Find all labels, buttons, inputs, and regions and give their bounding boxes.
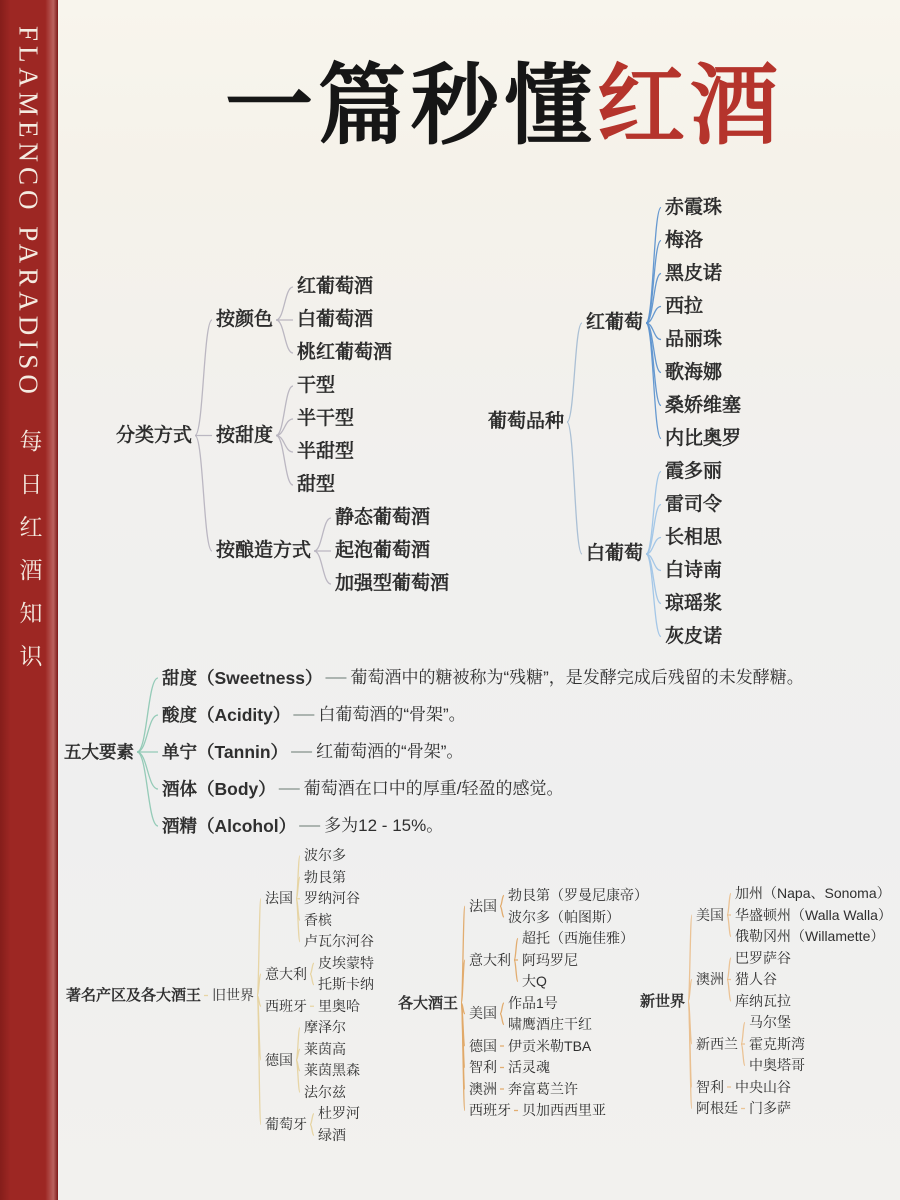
tree-branch: 按甜度干型半干型半甜型甜型 xyxy=(216,374,449,497)
tree-branch: 西班牙里奥哈 xyxy=(265,997,374,1016)
tree-leaf-label: 葡萄酒中的糖被称为“残糖”，是发酵完成后残留的未发酵糖。 xyxy=(350,665,803,691)
tree-leaf-label: 半甜型 xyxy=(297,440,354,464)
tree-branch: 美国加州（Napa、Sonoma）华盛顿州（Walla Walla）俄勒冈州（W… xyxy=(696,884,892,946)
tree-node-label: 阿根廷 xyxy=(696,1099,738,1118)
tree-branch: 华盛顿州（Walla Walla） xyxy=(735,906,892,925)
tree-branch: 多为12 - 15%。 xyxy=(324,813,443,839)
tree-node-label: 酸度（Acidity） xyxy=(162,702,290,728)
tree-branch: 伊贡米勒TBA xyxy=(508,1037,591,1056)
tree-leaf-label: 巴罗萨谷 xyxy=(735,949,791,968)
old-world-regions-tree: 著名产区及各大酒王旧世界法国波尔多勃艮第罗纳河谷香槟卢瓦尔河谷意大利皮埃蒙特托斯… xyxy=(66,846,374,1145)
grape-variety-tree: 葡萄品种红葡萄赤霞珠梅洛黑皮诺西拉品丽珠歌海娜桑娇维塞内比奥罗白葡萄霞多丽雷司令… xyxy=(488,194,741,650)
tree-node-label: 酒精（Alcohol） xyxy=(162,813,296,839)
tree-branch: 德国摩泽尔莱茵高莱茵黑森法尔兹 xyxy=(265,1018,374,1102)
tree-branch: 酒体（Body）葡萄酒在口中的厚重/轻盈的感觉。 xyxy=(162,776,804,802)
brand-name-latin: FLAMENCO PARADISO xyxy=(14,26,44,399)
tree-node-label: 葡萄品种 xyxy=(488,410,564,434)
tree-leaf-label: 加州（Napa、Sonoma） xyxy=(735,884,891,903)
tree-leaf-label: 中央山谷 xyxy=(735,1078,791,1097)
tree-leaf-label: 甜型 xyxy=(297,473,335,497)
tree-branch: 大Q xyxy=(522,972,634,991)
tree-leaf-label: 杜罗河 xyxy=(318,1104,360,1123)
tree-node-label: 白葡萄 xyxy=(586,542,643,566)
tree-leaf-label: 门多萨 xyxy=(749,1099,791,1118)
tree-leaf-label: 大Q xyxy=(522,972,547,991)
tree-branch: 桑娇维塞 xyxy=(665,394,741,418)
tree-node-label: 法国 xyxy=(469,897,497,916)
tree-branch: 西班牙贝加西西里亚 xyxy=(469,1101,648,1120)
tree-leaf-label: 起泡葡萄酒 xyxy=(335,539,430,563)
tree-leaf-label: 西拉 xyxy=(665,295,703,319)
tree-leaf-label: 库纳瓦拉 xyxy=(735,992,791,1011)
tree-node-label: 智利 xyxy=(696,1078,724,1097)
tree-branch: 澳洲奔富葛兰许 xyxy=(469,1080,648,1099)
tree-branch: 长相思 xyxy=(665,526,722,550)
tree-branch: 杜罗河 xyxy=(318,1104,360,1123)
tree-leaf-label: 长相思 xyxy=(665,526,722,550)
tree-leaf-label: 霞多丽 xyxy=(665,460,722,484)
tree-node-label: 按酿造方式 xyxy=(216,539,311,563)
tree-branch: 酒精（Alcohol）多为12 - 15%。 xyxy=(162,813,804,839)
tree-leaf-label: 白诗南 xyxy=(665,559,722,583)
tree-leaf-label: 绿酒 xyxy=(318,1126,346,1145)
tree-leaf-label: 波尔多 xyxy=(304,846,346,865)
tree-branch: 新西兰马尔堡霍克斯湾中奥塔哥 xyxy=(696,1013,892,1075)
five-elements-tree: 五大要素甜度（Sweetness）葡萄酒中的糖被称为“残糖”，是发酵完成后残留的… xyxy=(64,665,804,839)
tree-leaf-label: 莱茵黑森 xyxy=(304,1061,360,1080)
tree-branch: 白葡萄酒 xyxy=(297,308,392,332)
tree-leaf-label: 卢瓦尔河谷 xyxy=(304,932,374,951)
tree-leaf-label: 红葡萄酒 xyxy=(297,275,373,299)
tree-branch: 梅洛 xyxy=(665,229,741,253)
tree-leaf-label: 霍克斯湾 xyxy=(749,1035,805,1054)
tree-branch: 甜型 xyxy=(297,473,354,497)
tree-leaf-label: 里奥哈 xyxy=(318,997,360,1016)
tree-leaf-label: 华盛顿州（Walla Walla） xyxy=(735,906,892,925)
tree-branch: 绿酒 xyxy=(318,1126,360,1145)
tree-branch: 意大利超托（西施佳雅）阿玛罗尼大Q xyxy=(469,929,648,991)
tree-branch: 法国波尔多勃艮第罗纳河谷香槟卢瓦尔河谷 xyxy=(265,846,374,951)
tree-leaf-label: 加强型葡萄酒 xyxy=(335,572,449,596)
tree-node-label: 意大利 xyxy=(469,951,511,970)
tree-branch: 卢瓦尔河谷 xyxy=(304,932,374,951)
tree-leaf-label: 罗纳河谷 xyxy=(304,889,360,908)
tree-branch: 加强型葡萄酒 xyxy=(335,572,449,596)
tree-leaf-label: 多为12 - 15%。 xyxy=(324,813,443,839)
tree-branch: 赤霞珠 xyxy=(665,196,741,220)
tree-leaf-label: 雷司令 xyxy=(665,493,722,517)
tree-branch: 澳洲巴罗萨谷猎人谷库纳瓦拉 xyxy=(696,949,892,1011)
tree-branch: 桃红葡萄酒 xyxy=(297,341,392,365)
tree-node-label: 著名产区及各大酒王 xyxy=(66,986,201,1005)
tree-leaf-label: 桃红葡萄酒 xyxy=(297,341,392,365)
tree-branch: 莱茵高 xyxy=(304,1040,360,1059)
tree-branch: 库纳瓦拉 xyxy=(735,992,791,1011)
tree-branch: 琼瑶浆 xyxy=(665,592,722,616)
tree-branch: 意大利皮埃蒙特托斯卡纳 xyxy=(265,954,374,995)
tree-leaf-label: 静态葡萄酒 xyxy=(335,506,430,530)
tree-leaf-label: 马尔堡 xyxy=(749,1013,791,1032)
tree-node-label: 葡萄牙 xyxy=(265,1115,307,1134)
tree-node-label: 美国 xyxy=(696,906,724,925)
tree-node-label: 按颜色 xyxy=(216,308,273,332)
tree-branch: 霍克斯湾 xyxy=(749,1035,805,1054)
tree-leaf-label: 猎人谷 xyxy=(735,970,777,989)
tree-branch: 著名产区及各大酒王旧世界法国波尔多勃艮第罗纳河谷香槟卢瓦尔河谷意大利皮埃蒙特托斯… xyxy=(66,846,374,1145)
tree-branch: 霞多丽 xyxy=(665,460,722,484)
tree-leaf-label: 梅洛 xyxy=(665,229,703,253)
tree-leaf-label: 波尔多（帕图斯） xyxy=(508,908,620,927)
brand-name-chinese: 每日红酒知识 xyxy=(17,429,42,687)
tree-node-label: 意大利 xyxy=(265,965,307,984)
page-title: 一篇秒懂红酒 xyxy=(58,36,900,162)
tree-branch: 歌海娜 xyxy=(665,361,741,385)
tree-node-label: 西班牙 xyxy=(469,1101,511,1120)
tree-branch: 按酿造方式静态葡萄酒起泡葡萄酒加强型葡萄酒 xyxy=(216,506,449,596)
tree-leaf-label: 香槟 xyxy=(304,911,332,930)
tree-leaf-label: 中奥塔哥 xyxy=(749,1056,805,1075)
tree-leaf-label: 皮埃蒙特 xyxy=(318,954,374,973)
tree-branch: 勃艮第（罗曼尼康帝） xyxy=(508,886,648,905)
tree-branch: 美国作品1号啸鹰酒庄干红 xyxy=(469,994,648,1035)
tree-leaf-label: 内比奥罗 xyxy=(665,427,741,451)
tree-leaf-label: 白葡萄酒 xyxy=(297,308,373,332)
tree-branch: 智利活灵魂 xyxy=(469,1058,648,1077)
tree-branch: 西拉 xyxy=(665,295,741,319)
tree-leaf-label: 琼瑶浆 xyxy=(665,592,722,616)
tree-leaf-label: 勃艮第 xyxy=(304,868,346,887)
tree-branch: 奔富葛兰许 xyxy=(508,1080,578,1099)
tree-branch: 半甜型 xyxy=(297,440,354,464)
tree-branch: 超托（西施佳雅） xyxy=(522,929,634,948)
tree-leaf-label: 贝加西西里亚 xyxy=(522,1101,606,1120)
tree-branch: 作品1号 xyxy=(508,994,592,1013)
tree-branch: 内比奥罗 xyxy=(665,427,741,451)
tree-branch: 新世界美国加州（Napa、Sonoma）华盛顿州（Walla Walla）俄勒冈… xyxy=(640,884,892,1118)
tree-branch: 白葡萄酒的“骨架”。 xyxy=(318,702,465,728)
tree-leaf-label: 桑娇维塞 xyxy=(665,394,741,418)
tree-branch: 酸度（Acidity）白葡萄酒的“骨架”。 xyxy=(162,702,804,728)
tree-branch: 贝加西西里亚 xyxy=(522,1101,606,1120)
tree-branch: 阿玛罗尼 xyxy=(522,951,634,970)
tree-leaf-label: 半干型 xyxy=(297,407,354,431)
tree-leaf-label: 啸鹰酒庄干红 xyxy=(508,1015,592,1034)
tree-branch: 波尔多 xyxy=(304,846,374,865)
tree-leaf-label: 葡萄酒在口中的厚重/轻盈的感觉。 xyxy=(304,776,564,802)
infographic-canvas: FLAMENCO PARADISO每日红酒知识 一篇秒懂红酒 分类方式按颜色红葡… xyxy=(0,0,900,1200)
tree-branch: 起泡葡萄酒 xyxy=(335,539,449,563)
tree-branch: 巴罗萨谷 xyxy=(735,949,791,968)
tree-node-label: 单宁（Tannin） xyxy=(162,739,288,765)
tree-branch: 猎人谷 xyxy=(735,970,791,989)
tree-leaf-label: 莱茵高 xyxy=(304,1040,346,1059)
tree-node-label: 澳洲 xyxy=(696,970,724,989)
tree-node-label: 红葡萄 xyxy=(586,311,643,335)
tree-branch: 灰皮诺 xyxy=(665,625,722,649)
tree-leaf-label: 活灵魂 xyxy=(508,1058,550,1077)
tree-branch: 中奥塔哥 xyxy=(749,1056,805,1075)
tree-node-label: 智利 xyxy=(469,1058,497,1077)
tree-branch: 香槟 xyxy=(304,911,374,930)
tree-branch: 五大要素甜度（Sweetness）葡萄酒中的糖被称为“残糖”，是发酵完成后残留的… xyxy=(64,665,804,839)
tree-node-label: 新世界 xyxy=(640,992,685,1011)
tree-branch: 红葡萄赤霞珠梅洛黑皮诺西拉品丽珠歌海娜桑娇维塞内比奥罗 xyxy=(586,196,741,451)
tree-branch: 葡萄品种红葡萄赤霞珠梅洛黑皮诺西拉品丽珠歌海娜桑娇维塞内比奥罗白葡萄霞多丽雷司令… xyxy=(488,196,741,649)
tree-node-label: 按甜度 xyxy=(216,424,273,448)
brand-sidebar: FLAMENCO PARADISO每日红酒知识 xyxy=(0,0,58,1200)
tree-branch: 半干型 xyxy=(297,407,354,431)
tree-branch: 品丽珠 xyxy=(665,328,741,352)
tree-branch: 红葡萄酒 xyxy=(297,275,392,299)
tree-leaf-label: 干型 xyxy=(297,374,335,398)
classification-tree: 分类方式按颜色红葡萄酒白葡萄酒桃红葡萄酒按甜度干型半干型半甜型甜型按酿造方式静态… xyxy=(116,275,449,596)
tree-branch: 法尔兹 xyxy=(304,1083,360,1102)
tree-branch: 莱茵黑森 xyxy=(304,1061,360,1080)
tree-branch: 各大酒王法国勃艮第（罗曼尼康帝）波尔多（帕图斯）意大利超托（西施佳雅）阿玛罗尼大… xyxy=(398,886,648,1120)
tree-leaf-label: 超托（西施佳雅） xyxy=(522,929,634,948)
tree-branch: 旧世界法国波尔多勃艮第罗纳河谷香槟卢瓦尔河谷意大利皮埃蒙特托斯卡纳西班牙里奥哈德… xyxy=(212,846,374,1145)
tree-leaf-label: 灰皮诺 xyxy=(665,625,722,649)
tree-branch: 分类方式按颜色红葡萄酒白葡萄酒桃红葡萄酒按甜度干型半干型半甜型甜型按酿造方式静态… xyxy=(116,275,449,596)
tree-leaf-label: 赤霞珠 xyxy=(665,196,722,220)
new-world-regions-tree: 新世界美国加州（Napa、Sonoma）华盛顿州（Walla Walla）俄勒冈… xyxy=(640,884,892,1118)
tree-node-label: 美国 xyxy=(469,1004,497,1023)
tree-node-label: 德国 xyxy=(469,1037,497,1056)
tree-branch: 俄勒冈州（Willamette） xyxy=(735,927,892,946)
tree-leaf-label: 摩泽尔 xyxy=(304,1018,346,1037)
tree-branch: 静态葡萄酒 xyxy=(335,506,449,530)
tree-branch: 勃艮第 xyxy=(304,868,374,887)
tree-node-label: 新西兰 xyxy=(696,1035,738,1054)
tree-branch: 葡萄牙杜罗河绿酒 xyxy=(265,1104,374,1145)
tree-branch: 马尔堡 xyxy=(749,1013,805,1032)
page-title-red: 红酒 xyxy=(597,56,783,155)
tree-branch: 智利中央山谷 xyxy=(696,1078,892,1097)
tree-branch: 按颜色红葡萄酒白葡萄酒桃红葡萄酒 xyxy=(216,275,449,365)
page-title-black: 一篇秒懂 xyxy=(225,56,597,155)
tree-node-label: 旧世界 xyxy=(212,986,254,1005)
tree-branch: 加州（Napa、Sonoma） xyxy=(735,884,892,903)
tree-leaf-label: 作品1号 xyxy=(508,994,558,1013)
tree-leaf-label: 托斯卡纳 xyxy=(318,975,374,994)
tree-branch: 门多萨 xyxy=(749,1099,791,1118)
tree-node-label: 法国 xyxy=(265,889,293,908)
tree-leaf-label: 黑皮诺 xyxy=(665,262,722,286)
tree-leaf-label: 伊贡米勒TBA xyxy=(508,1037,591,1056)
tree-branch: 黑皮诺 xyxy=(665,262,741,286)
tree-branch: 托斯卡纳 xyxy=(318,975,374,994)
tree-branch: 葡萄酒在口中的厚重/轻盈的感觉。 xyxy=(304,776,564,802)
tree-branch: 法国勃艮第（罗曼尼康帝）波尔多（帕图斯） xyxy=(469,886,648,927)
tree-branch: 德国伊贡米勒TBA xyxy=(469,1037,648,1056)
tree-branch: 红葡萄酒的“骨架”。 xyxy=(316,739,463,765)
tree-branch: 皮埃蒙特 xyxy=(318,954,374,973)
tree-branch: 干型 xyxy=(297,374,354,398)
tree-leaf-label: 勃艮第（罗曼尼康帝） xyxy=(508,886,648,905)
tree-branch: 雷司令 xyxy=(665,493,722,517)
tree-node-label: 各大酒王 xyxy=(398,994,458,1013)
tree-leaf-label: 歌海娜 xyxy=(665,361,722,385)
tree-branch: 活灵魂 xyxy=(508,1058,550,1077)
tree-branch: 波尔多（帕图斯） xyxy=(508,908,648,927)
tree-branch: 里奥哈 xyxy=(318,997,360,1016)
brand-spine-text: FLAMENCO PARADISO每日红酒知识 xyxy=(13,26,46,687)
tree-node-label: 澳洲 xyxy=(469,1080,497,1099)
tree-branch: 摩泽尔 xyxy=(304,1018,360,1037)
tree-branch: 葡萄酒中的糖被称为“残糖”，是发酵完成后残留的未发酵糖。 xyxy=(350,665,803,691)
tree-branch: 中央山谷 xyxy=(735,1078,791,1097)
tree-node-label: 酒体（Body） xyxy=(162,776,276,802)
tree-node-label: 德国 xyxy=(265,1051,293,1070)
tree-node-label: 甜度（Sweetness） xyxy=(162,665,322,691)
tree-branch: 甜度（Sweetness）葡萄酒中的糖被称为“残糖”，是发酵完成后残留的未发酵糖… xyxy=(162,665,804,691)
tree-leaf-label: 白葡萄酒的“骨架”。 xyxy=(318,702,465,728)
tree-node-label: 五大要素 xyxy=(64,739,134,765)
tree-branch: 啸鹰酒庄干红 xyxy=(508,1015,592,1034)
tree-branch: 白葡萄霞多丽雷司令长相思白诗南琼瑶浆灰皮诺 xyxy=(586,460,741,649)
tree-leaf-label: 法尔兹 xyxy=(304,1083,346,1102)
tree-branch: 罗纳河谷 xyxy=(304,889,374,908)
tree-leaf-label: 红葡萄酒的“骨架”。 xyxy=(316,739,463,765)
tree-branch: 阿根廷门多萨 xyxy=(696,1099,892,1118)
tree-branch: 单宁（Tannin）红葡萄酒的“骨架”。 xyxy=(162,739,804,765)
tree-leaf-label: 奔富葛兰许 xyxy=(508,1080,578,1099)
tree-leaf-label: 俄勒冈州（Willamette） xyxy=(735,927,884,946)
tree-branch: 白诗南 xyxy=(665,559,722,583)
tree-leaf-label: 阿玛罗尼 xyxy=(522,951,578,970)
wine-kings-tree: 各大酒王法国勃艮第（罗曼尼康帝）波尔多（帕图斯）意大利超托（西施佳雅）阿玛罗尼大… xyxy=(398,886,648,1120)
tree-leaf-label: 品丽珠 xyxy=(665,328,722,352)
tree-node-label: 西班牙 xyxy=(265,997,307,1016)
tree-node-label: 分类方式 xyxy=(116,424,192,448)
